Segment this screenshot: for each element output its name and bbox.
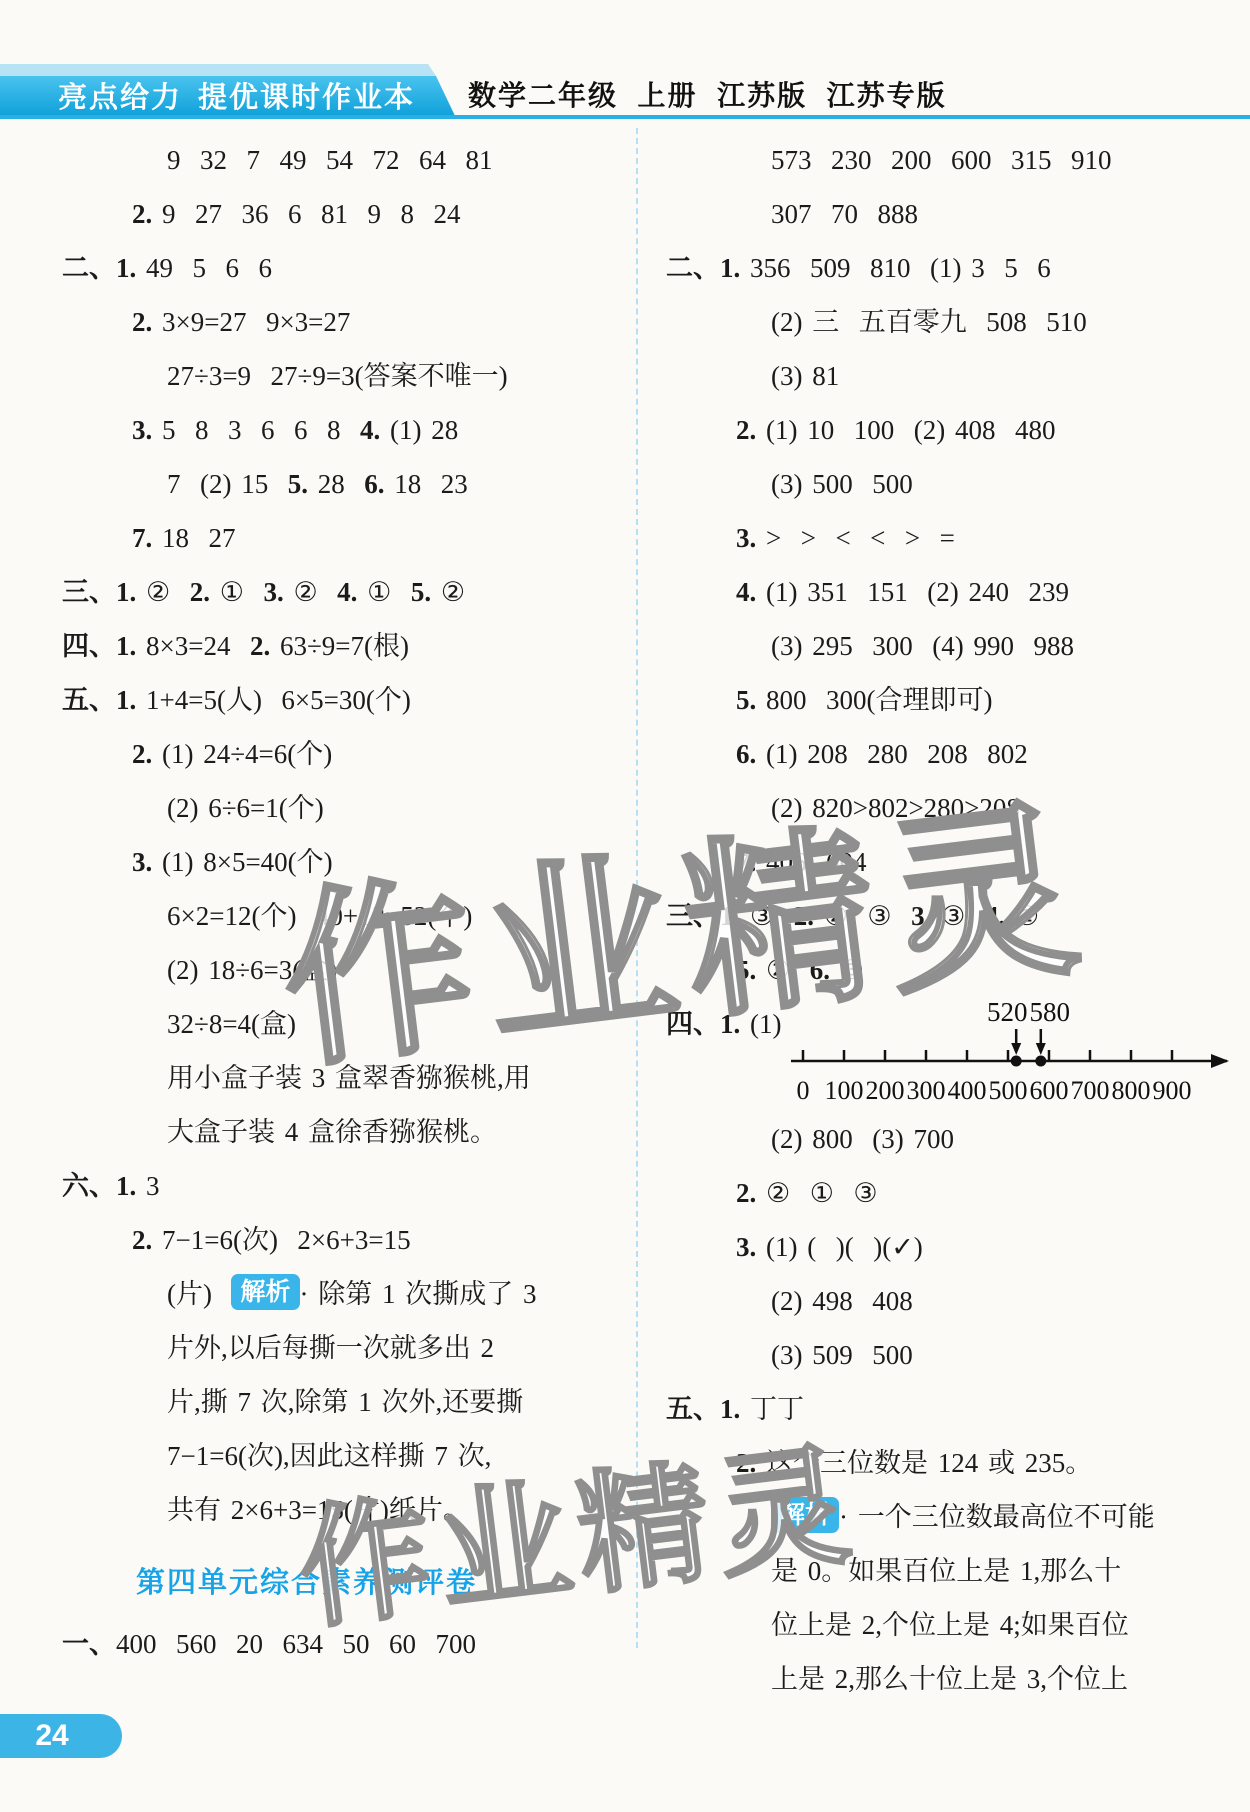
item-marker: 2. (132, 199, 152, 229)
answer-row: 3. (1) ( )( )(✓) (666, 1220, 1250, 1274)
answer-row: 五、1. 1+4=5(人) 6×5=30(个) (62, 673, 624, 727)
item-marker: 3. (736, 1232, 756, 1262)
item-marker: 5. (411, 577, 431, 607)
answer-row: (片) 解析· 除第 1 次撕成了 3 (62, 1267, 624, 1321)
tick-label: 200 (866, 1076, 905, 1105)
answer-row: 573 230 200 600 315 910 (666, 133, 1250, 187)
answer-row: (2) 820>802>280>208 (666, 781, 1250, 835)
answer-row: (2) 三 五百零九 508 510 (666, 295, 1250, 349)
answer-row: 片,撕 7 次,除第 1 次外,还要撕 (62, 1375, 624, 1429)
item-marker: 5. (736, 685, 756, 715)
answer-row: (3) 81 (666, 349, 1250, 403)
answer-row: (2) 18÷6=3(盒) (62, 943, 624, 997)
item-marker: 7. (736, 847, 756, 877)
item-marker: 2. (250, 631, 270, 661)
item-marker: 2. (132, 739, 152, 769)
answer-row: 3. 5 8 3 6 6 8 4. (1) 28 (62, 403, 624, 457)
page-number-badge: 24 (0, 1714, 122, 1758)
answer-row: 7−1=6(次),因此这样撕 7 次, (62, 1429, 624, 1483)
tick-label: 400 (948, 1076, 987, 1105)
answer-row: 2. (1) 24÷4=6(个) (62, 727, 624, 781)
answer-row: 二、1. 356 509 810 (1) 3 5 6 (666, 241, 1250, 295)
item-marker: 2. (736, 1448, 756, 1478)
analysis-badge: 解析 (771, 1497, 839, 1533)
answer-row: (2) 498 408 (666, 1274, 1250, 1328)
answer-row: 2. 7−1=6(次) 2×6+3=15 (62, 1213, 624, 1267)
answer-row: 用小盒子装 3 盒翠香猕猴桃,用 (62, 1051, 624, 1105)
tick-label: 300 (907, 1076, 946, 1105)
answer-row: (3) 295 300 (4) 990 988 (666, 619, 1250, 673)
answer-text: 四、1. (1) (666, 997, 781, 1051)
item-marker: 五、1. (62, 685, 136, 715)
point-label: 580 (1030, 997, 1071, 1027)
tick-label: 0 (797, 1076, 810, 1105)
analysis-badge: 解析 (231, 1274, 299, 1310)
item-marker: 4. (337, 577, 357, 607)
answer-row: 6. (1) 208 280 208 802 (666, 727, 1250, 781)
item-marker: 六、1. (62, 1171, 136, 1201)
answer-row: 5. ② 6. ③ (666, 943, 1250, 997)
item-marker: 2. (132, 307, 152, 337)
answer-row: 7. 406 604 (666, 835, 1250, 889)
answer-row: 27÷3=9 27÷9=3(答案不唯一) (62, 349, 624, 403)
item-marker: 一、 (62, 1629, 116, 1659)
item-marker: 5. (288, 469, 308, 499)
answer-row: 四、1. (1)01002003004005006007008009005205… (666, 997, 1250, 1112)
item-marker: 3. (263, 577, 283, 607)
answer-row: 上是 2,那么十位上是 3,个位上 (666, 1652, 1250, 1706)
item-marker: 4. (360, 415, 380, 445)
answer-row: 共有 2×6+3=15(片)纸片。 (62, 1483, 624, 1537)
answer-row: 3. (1) 8×5=40(个) (62, 835, 624, 889)
item-marker: 五、1. (666, 1394, 740, 1424)
item-marker: 2. (736, 415, 756, 445)
item-marker: 2. (132, 1225, 152, 1255)
section-heading: 第四单元综合素养测评卷 (62, 1563, 624, 1603)
number-line-diagram: 0100200300400500600700800900520580 (789, 997, 1249, 1112)
item-marker: 三、1. (62, 577, 136, 607)
answer-row: 32÷8=4(盒) (62, 997, 624, 1051)
point-label: 520 (987, 997, 1028, 1027)
tick-label: 900 (1153, 1076, 1192, 1105)
column-divider (636, 128, 638, 1648)
answer-row: 4. (1) 351 151 (2) 240 239 (666, 565, 1250, 619)
answer-row: 二、1. 49 5 6 6 (62, 241, 624, 295)
item-marker: 3. (736, 523, 756, 553)
header-rule (0, 115, 1250, 119)
item-marker: 6. (736, 739, 756, 769)
answer-row: 解析· 一个三位数最高位不可能 (666, 1490, 1250, 1544)
item-marker: 二、1. (62, 253, 136, 283)
answer-row: 9 32 7 49 54 72 64 81 (62, 133, 624, 187)
answer-row: 片外,以后每撕一次就多出 2 (62, 1321, 624, 1375)
tick-label: 800 (1112, 1076, 1151, 1105)
item-marker: 2. (190, 577, 210, 607)
left-column: 9 32 7 49 54 72 64 812. 9 27 36 6 81 9 8… (62, 133, 624, 1671)
answer-row: 2. ② ① ③ (666, 1166, 1250, 1220)
tick-label: 700 (1071, 1076, 1110, 1105)
edition-info: 数学二年级 上册 江苏版 江苏专版 (468, 74, 947, 118)
item-marker: 四、1. (666, 1009, 740, 1039)
item-marker: 4. (985, 901, 1005, 931)
answer-row: 2. (1) 10 100 (2) 408 480 (666, 403, 1250, 457)
item-marker: 6. (810, 955, 830, 985)
answer-row: 五、1. 丁丁 (666, 1382, 1250, 1436)
item-marker: 三、1. (666, 901, 740, 931)
answer-row: 三、1. ② 2. ① 3. ② 4. ① 5. ② (62, 565, 624, 619)
item-marker: 二、1. (666, 253, 740, 283)
tick-label: 600 (1030, 1076, 1069, 1105)
answer-row: 3. > > < < > = (666, 511, 1250, 565)
item-marker: 4. (736, 577, 756, 607)
answer-row: 2. 3×9=27 9×3=27 (62, 295, 624, 349)
item-marker: 2. (794, 901, 814, 931)
answer-row: (3) 509 500 (666, 1328, 1250, 1382)
answer-row: 2. 这个三位数是 124 或 235。 (666, 1436, 1250, 1490)
banner-strip (0, 64, 436, 76)
brand-title: 亮点给力提优课时作业本 (58, 80, 415, 114)
item-marker: 5. (736, 955, 756, 985)
tick-label: 100 (825, 1076, 864, 1105)
workbook-answer-page: 亮点给力提优课时作业本 数学二年级 上册 江苏版 江苏专版 9 32 7 49 … (0, 0, 1250, 1812)
item-marker: 2. (736, 1178, 756, 1208)
item-marker: 3. (911, 901, 931, 931)
answer-row: (3) 500 500 (666, 457, 1250, 511)
answer-row: 7 (2) 15 5. 28 6. 18 23 (62, 457, 624, 511)
item-marker: 6. (364, 469, 384, 499)
right-column: 573 230 200 600 315 910307 70 888二、1. 35… (666, 133, 1250, 1706)
answer-row: (2) 6÷6=1(个) (62, 781, 624, 835)
answer-row: 四、1. 8×3=24 2. 63÷9=7(根) (62, 619, 624, 673)
brand-banner: 亮点给力提优课时作业本 (0, 62, 460, 118)
answer-row: 六、1. 3 (62, 1159, 624, 1213)
answer-row: 三、1. ③ 2. ② ③ 3. ③ 4. ② (666, 889, 1250, 943)
item-marker: 3. (132, 847, 152, 877)
item-marker: 7. (132, 523, 152, 553)
answer-row: 307 70 888 (666, 187, 1250, 241)
answer-row: 2. 9 27 36 6 81 9 8 24 (62, 187, 624, 241)
item-marker: 3. (132, 415, 152, 445)
answer-row: (2) 800 (3) 700 (666, 1112, 1250, 1166)
answer-row: 大盒子装 4 盒徐香猕猴桃。 (62, 1105, 624, 1159)
answer-row: 一、400 560 20 634 50 60 700 (62, 1617, 624, 1671)
tick-label: 500 (989, 1076, 1028, 1105)
answer-row: 6×2=12(个) 40+12=52(个) (62, 889, 624, 943)
answer-row: 7. 18 27 (62, 511, 624, 565)
answer-row: 位上是 2,个位上是 4;如果百位 (666, 1598, 1250, 1652)
answer-row: 是 0。如果百位上是 1,那么十 (666, 1544, 1250, 1598)
answer-row: 5. 800 300(合理即可) (666, 673, 1250, 727)
item-marker: 四、1. (62, 631, 136, 661)
